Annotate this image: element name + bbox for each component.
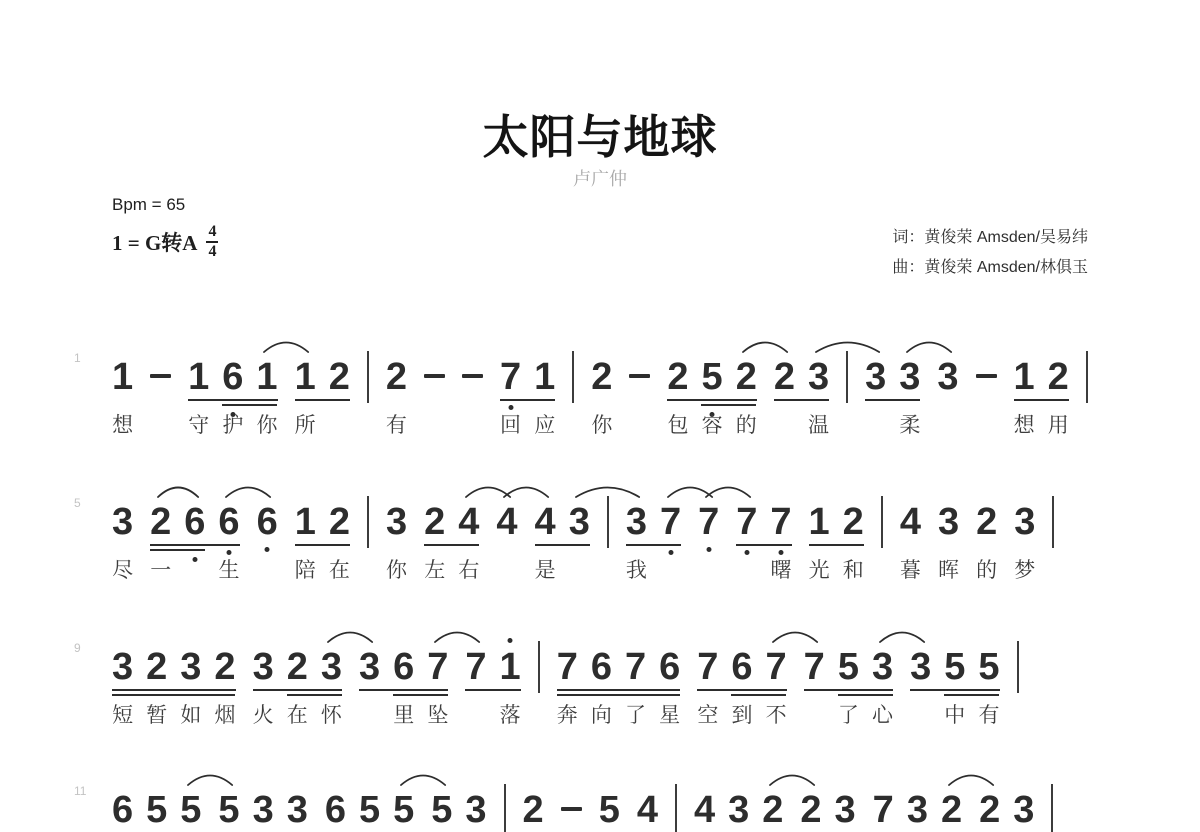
lyric-char: 的 <box>706 409 786 439</box>
note-digit: 3 <box>465 789 486 831</box>
note: 3 <box>359 647 380 687</box>
note-digit: 2 <box>386 356 407 398</box>
note: 7 <box>766 647 787 687</box>
note: 3 <box>899 357 920 397</box>
barline <box>607 496 609 548</box>
note-group: 7676 <box>557 647 681 687</box>
note-digit: 2 <box>591 356 612 398</box>
barline <box>504 784 506 832</box>
notation-line-4: 11 655533655532544322373223 <box>112 790 1053 832</box>
note-digit: 5 <box>393 789 414 831</box>
note-group: 24 <box>424 502 479 542</box>
note: 7 <box>736 502 757 542</box>
sixteenth-underline <box>150 549 205 551</box>
note-group: 43 <box>535 502 590 542</box>
note-digit: 5 <box>218 789 239 831</box>
note-digit: 2 <box>424 501 445 543</box>
note-digit: 6 <box>591 646 612 688</box>
note: 3 <box>626 502 647 542</box>
note-digit: 7 <box>698 501 719 543</box>
slur-arc <box>704 483 752 499</box>
slur-arc <box>326 628 374 644</box>
note: 1 <box>295 502 316 542</box>
notation-tokens: 326661232444337777124323尽一生陪在你左右是我曙光和暮晖的… <box>112 502 1054 548</box>
note-digit: 3 <box>180 646 201 688</box>
note-digit: 1 <box>809 501 830 543</box>
note: 2 <box>843 502 864 542</box>
note: 4 <box>694 790 715 830</box>
lyric-char: 梦 <box>985 554 1065 584</box>
notation-tokens: 11611227122522333312想守护你所有回应你包容的温柔想用 <box>112 357 1088 403</box>
dash-extension <box>424 374 445 378</box>
note-digit: 6 <box>325 789 346 831</box>
note-group: 533 <box>218 790 307 830</box>
note: 5 <box>393 790 414 830</box>
slur-arc <box>464 483 512 499</box>
note-digit: 3 <box>253 789 274 831</box>
note-digit: 1 <box>256 356 277 398</box>
note-digit: 2 <box>979 789 1000 831</box>
note-digit: 7 <box>736 501 757 543</box>
lyricist-credit: 词：黄俊荣 Amsden/吴易纬 <box>892 223 1088 253</box>
note: 5 <box>944 647 965 687</box>
note-group: 23 <box>774 357 829 397</box>
dash-extension <box>462 374 483 378</box>
notation-line-3: 9 3232323367717676767753355短暂如烟火在怀里坠落奔向了… <box>112 647 1019 693</box>
note: 3 <box>910 647 931 687</box>
note: 5 <box>702 357 723 397</box>
note-group: 732 <box>873 790 962 830</box>
note-group: 266 <box>150 502 239 542</box>
note: 7 <box>465 647 486 687</box>
measure-number: 9 <box>74 641 81 655</box>
slur-arc <box>433 628 481 644</box>
note-group: 23 <box>979 790 1034 830</box>
note-group: 71 <box>465 647 520 687</box>
note-digit: 1 <box>500 646 521 688</box>
note-digit: 7 <box>427 646 448 688</box>
lyric-char: 右 <box>429 554 509 584</box>
note-digit: 2 <box>774 356 795 398</box>
note-digit: 3 <box>808 356 829 398</box>
note: 2 <box>287 647 308 687</box>
lyric-char: 有 <box>356 409 436 439</box>
dash-extension <box>561 807 582 811</box>
note-digit: 2 <box>976 501 997 543</box>
note-digit: 3 <box>899 356 920 398</box>
note-digit: 3 <box>910 646 931 688</box>
note: 2 <box>523 790 544 830</box>
note-digit: 2 <box>523 789 544 831</box>
note: 7 <box>625 647 646 687</box>
note: 7 <box>557 647 578 687</box>
note-digit: 4 <box>458 501 479 543</box>
measure-number: 11 <box>74 784 86 798</box>
note: 7 <box>427 647 448 687</box>
note: 1 <box>1014 357 1035 397</box>
notation-tokens: 655533655532544322373223 <box>112 790 1053 832</box>
note-digit: 3 <box>937 356 958 398</box>
note: 3 <box>112 647 133 687</box>
note: 1 <box>256 357 277 397</box>
note-group: 23 <box>800 790 855 830</box>
note: 3 <box>253 790 274 830</box>
lyric-char: 是 <box>505 554 585 584</box>
note-digit: 1 <box>295 501 316 543</box>
note-group: 12 <box>1014 357 1069 397</box>
note-group: 77 <box>736 502 791 542</box>
octave-dot-low <box>265 547 270 552</box>
barline <box>1051 784 1053 832</box>
note: 4 <box>458 502 479 542</box>
sixteenth-underline <box>557 694 680 696</box>
lyric-char: 柔 <box>870 409 950 439</box>
barline <box>367 496 369 548</box>
composer-credit: 曲：黄俊荣 Amsden/林俱玉 <box>892 253 1088 283</box>
note: 1 <box>500 647 521 687</box>
note: 6 <box>591 647 612 687</box>
song-title: 太阳与地球 <box>0 101 1200 167</box>
note-digit: 3 <box>253 646 274 688</box>
slur-arc <box>262 338 310 354</box>
note: 3 <box>180 647 201 687</box>
note-digit: 2 <box>667 356 688 398</box>
note-digit: 1 <box>295 356 316 398</box>
note: 6 <box>731 647 752 687</box>
time-signature-numerator: 4 <box>206 223 218 243</box>
note: 6 <box>325 790 346 830</box>
note-digit: 7 <box>625 646 646 688</box>
note-digit: 3 <box>626 501 647 543</box>
note: 2 <box>214 647 235 687</box>
note-digit: 7 <box>697 646 718 688</box>
note: 7 <box>804 647 825 687</box>
dash-extension <box>629 374 650 378</box>
note-digit: 1 <box>112 356 133 398</box>
barline <box>1052 496 1054 548</box>
slur-arc <box>156 483 200 499</box>
note-group: 12 <box>295 357 350 397</box>
barline <box>1086 351 1088 403</box>
note-digit: 3 <box>112 501 133 543</box>
time-signature: 4 4 <box>206 223 218 262</box>
note-digit: 3 <box>321 646 342 688</box>
note-digit: 6 <box>112 789 133 831</box>
note-group: 53 <box>431 790 486 830</box>
note: 6 <box>112 790 133 830</box>
note: 5 <box>599 790 620 830</box>
note: 3 <box>872 647 893 687</box>
note-digit: 3 <box>1013 789 1034 831</box>
note: 3 <box>907 790 928 830</box>
sixteenth-underline <box>731 694 786 696</box>
note: 3 <box>1013 790 1034 830</box>
note-digit: 2 <box>843 501 864 543</box>
note-digit: 7 <box>465 646 486 688</box>
note-digit: 6 <box>218 501 239 543</box>
note: 4 <box>496 502 517 542</box>
note-group: 767 <box>697 647 786 687</box>
note-group: 33 <box>865 357 920 397</box>
note: 7 <box>500 357 521 397</box>
note: 2 <box>941 790 962 830</box>
note: 6 <box>184 502 205 542</box>
slur-arc <box>224 483 272 499</box>
note: 3 <box>937 357 958 397</box>
lyric-char: 有 <box>949 699 1029 729</box>
notation-line-2: 5 326661232444337777124323尽一生陪在你左右是我曙光和暮… <box>112 502 1054 548</box>
note: 4 <box>535 502 556 542</box>
lyric-char: 你 <box>562 409 642 439</box>
note: 2 <box>329 357 350 397</box>
note: 4 <box>900 502 921 542</box>
note: 2 <box>979 790 1000 830</box>
note-group: 355 <box>910 647 999 687</box>
measure-number: 1 <box>74 351 81 365</box>
sixteenth-underline <box>838 694 893 696</box>
barline <box>846 351 848 403</box>
note: 5 <box>359 790 380 830</box>
slur-arc <box>771 628 819 644</box>
note: 6 <box>257 502 278 542</box>
notation-line-1: 1 11611227122522333312想守护你所有回应你包容的温柔想用 <box>112 357 1088 403</box>
note: 5 <box>838 647 859 687</box>
note: 5 <box>978 647 999 687</box>
octave-dot-high <box>508 638 513 643</box>
note: 1 <box>188 357 209 397</box>
note: 6 <box>222 357 243 397</box>
note-digit: 3 <box>386 501 407 543</box>
barline <box>881 496 883 548</box>
note-digit: 5 <box>978 646 999 688</box>
credits: 词：黄俊荣 Amsden/吴易纬 曲：黄俊荣 Amsden/林俱玉 <box>892 223 1088 283</box>
barline <box>675 784 677 832</box>
note-digit: 2 <box>736 356 757 398</box>
note-digit: 7 <box>557 646 578 688</box>
sheet-music-page: { "header": { "title": "太阳与地球", "artist"… <box>0 0 1200 832</box>
note-digit: 3 <box>728 789 749 831</box>
note: 2 <box>762 790 783 830</box>
note-group: 432 <box>694 790 783 830</box>
key-signature: 1 = G转A 4 4 <box>112 223 218 262</box>
note-digit: 7 <box>660 501 681 543</box>
note-digit: 6 <box>731 646 752 688</box>
barline <box>572 351 574 403</box>
note-digit: 3 <box>359 646 380 688</box>
lyric-char: 心 <box>843 699 923 729</box>
note-digit: 6 <box>184 501 205 543</box>
note-group: 753 <box>804 647 893 687</box>
note-group: 655 <box>112 790 201 830</box>
sixteenth-underline <box>287 694 342 696</box>
slur-arc <box>768 771 816 787</box>
note: 5 <box>218 790 239 830</box>
note: 2 <box>329 502 350 542</box>
note: 2 <box>150 502 171 542</box>
note: 2 <box>774 357 795 397</box>
note: 3 <box>287 790 308 830</box>
note-digit: 6 <box>393 646 414 688</box>
note: 3 <box>569 502 590 542</box>
note-group: 71 <box>500 357 555 397</box>
note: 6 <box>393 647 414 687</box>
note-digit: 4 <box>637 789 658 831</box>
note: 5 <box>146 790 167 830</box>
note: 2 <box>1048 357 1069 397</box>
note: 1 <box>295 357 316 397</box>
note-digit: 5 <box>599 789 620 831</box>
note-digit: 2 <box>329 501 350 543</box>
sixteenth-underline <box>701 404 756 406</box>
note: 6 <box>659 647 680 687</box>
note-group: 37 <box>626 502 681 542</box>
note-digit: 7 <box>804 646 825 688</box>
note-digit: 2 <box>214 646 235 688</box>
note: 3 <box>728 790 749 830</box>
lyric-char: 温 <box>779 409 859 439</box>
note-digit: 5 <box>146 789 167 831</box>
note: 3 <box>253 647 274 687</box>
note-digit: 3 <box>865 356 886 398</box>
slur-arc <box>947 771 995 787</box>
note-digit: 6 <box>222 356 243 398</box>
note-digit: 7 <box>766 646 787 688</box>
note-digit: 5 <box>702 356 723 398</box>
note-digit: 6 <box>257 501 278 543</box>
lyric-char: 生 <box>189 554 269 584</box>
lyric-char: 不 <box>736 699 816 729</box>
note-group: 12 <box>295 502 350 542</box>
note: 2 <box>736 357 757 397</box>
note-digit: 6 <box>659 646 680 688</box>
note: 5 <box>180 790 201 830</box>
dash-extension <box>150 374 171 378</box>
note-digit: 5 <box>359 789 380 831</box>
note: 3 <box>465 790 486 830</box>
note: 6 <box>218 502 239 542</box>
note-digit: 2 <box>150 501 171 543</box>
note-digit: 2 <box>800 789 821 831</box>
note: 3 <box>321 647 342 687</box>
note-digit: 7 <box>873 789 894 831</box>
note-group: 252 <box>667 357 756 397</box>
lyric-char: 想 <box>83 409 163 439</box>
note-digit: 1 <box>1014 356 1035 398</box>
slur-arc <box>186 771 234 787</box>
note: 1 <box>809 502 830 542</box>
note-group: 12 <box>809 502 864 542</box>
note-digit: 1 <box>188 356 209 398</box>
time-signature-denominator: 4 <box>206 243 218 261</box>
note: 5 <box>431 790 452 830</box>
note: 3 <box>112 502 133 542</box>
note: 7 <box>698 502 719 542</box>
note-digit: 4 <box>496 501 517 543</box>
note-digit: 4 <box>535 501 556 543</box>
note-digit: 1 <box>534 356 555 398</box>
note: 3 <box>938 502 959 542</box>
note-group: 655 <box>325 790 414 830</box>
key-prefix: 1 = G转A <box>112 227 197 257</box>
note-digit: 5 <box>180 789 201 831</box>
note: 2 <box>667 357 688 397</box>
barline <box>367 351 369 403</box>
note-digit: 4 <box>694 789 715 831</box>
note-digit: 7 <box>770 501 791 543</box>
note-digit: 3 <box>835 789 856 831</box>
note-digit: 2 <box>329 356 350 398</box>
sixteenth-underline <box>112 694 235 696</box>
note: 2 <box>146 647 167 687</box>
note: 2 <box>976 502 997 542</box>
slur-arc <box>741 338 789 354</box>
note-digit: 3 <box>907 789 928 831</box>
note: 1 <box>112 357 133 397</box>
bpm-label: Bpm = 65 <box>112 195 185 215</box>
notation-tokens: 3232323367717676767753355短暂如烟火在怀里坠落奔向了星空… <box>112 647 1019 693</box>
slur-arc <box>502 483 550 499</box>
note-digit: 2 <box>287 646 308 688</box>
lyric-char: 用 <box>1018 409 1098 439</box>
note-digit: 5 <box>944 646 965 688</box>
note-group: 3232 <box>112 647 236 687</box>
note-group: 367 <box>359 647 448 687</box>
note: 2 <box>800 790 821 830</box>
lyric-char: 坠 <box>398 699 478 729</box>
slur-arc <box>666 483 714 499</box>
note-digit: 7 <box>500 356 521 398</box>
measure-number: 5 <box>74 496 81 510</box>
note: 7 <box>873 790 894 830</box>
note: 7 <box>697 647 718 687</box>
note-digit: 3 <box>112 646 133 688</box>
note-digit: 5 <box>838 646 859 688</box>
lyric-char: 我 <box>596 554 676 584</box>
slur-arc <box>399 771 447 787</box>
slur-arc <box>878 628 926 644</box>
barline <box>538 641 540 693</box>
slur-arc <box>905 338 953 354</box>
note: 3 <box>386 502 407 542</box>
note-group: 161 <box>188 357 277 397</box>
note: 1 <box>534 357 555 397</box>
sixteenth-underline <box>222 404 277 406</box>
note: 3 <box>1014 502 1035 542</box>
note-digit: 3 <box>872 646 893 688</box>
note: 3 <box>865 357 886 397</box>
note-digit: 2 <box>146 646 167 688</box>
note: 2 <box>591 357 612 397</box>
note-digit: 3 <box>938 501 959 543</box>
note-digit: 2 <box>1048 356 1069 398</box>
note-digit: 3 <box>1014 501 1035 543</box>
note: 7 <box>770 502 791 542</box>
note: 7 <box>660 502 681 542</box>
sixteenth-underline <box>944 694 999 696</box>
note: 3 <box>835 790 856 830</box>
note: 2 <box>424 502 445 542</box>
dash-extension <box>976 374 997 378</box>
note: 2 <box>386 357 407 397</box>
note: 3 <box>808 357 829 397</box>
note-digit: 2 <box>762 789 783 831</box>
note-digit: 3 <box>287 789 308 831</box>
barline <box>1017 641 1019 693</box>
lyric-char: 怀 <box>291 699 371 729</box>
lyric-char: 所 <box>265 409 345 439</box>
artist-name: 卢广仲 <box>0 165 1200 191</box>
note-digit: 4 <box>900 501 921 543</box>
